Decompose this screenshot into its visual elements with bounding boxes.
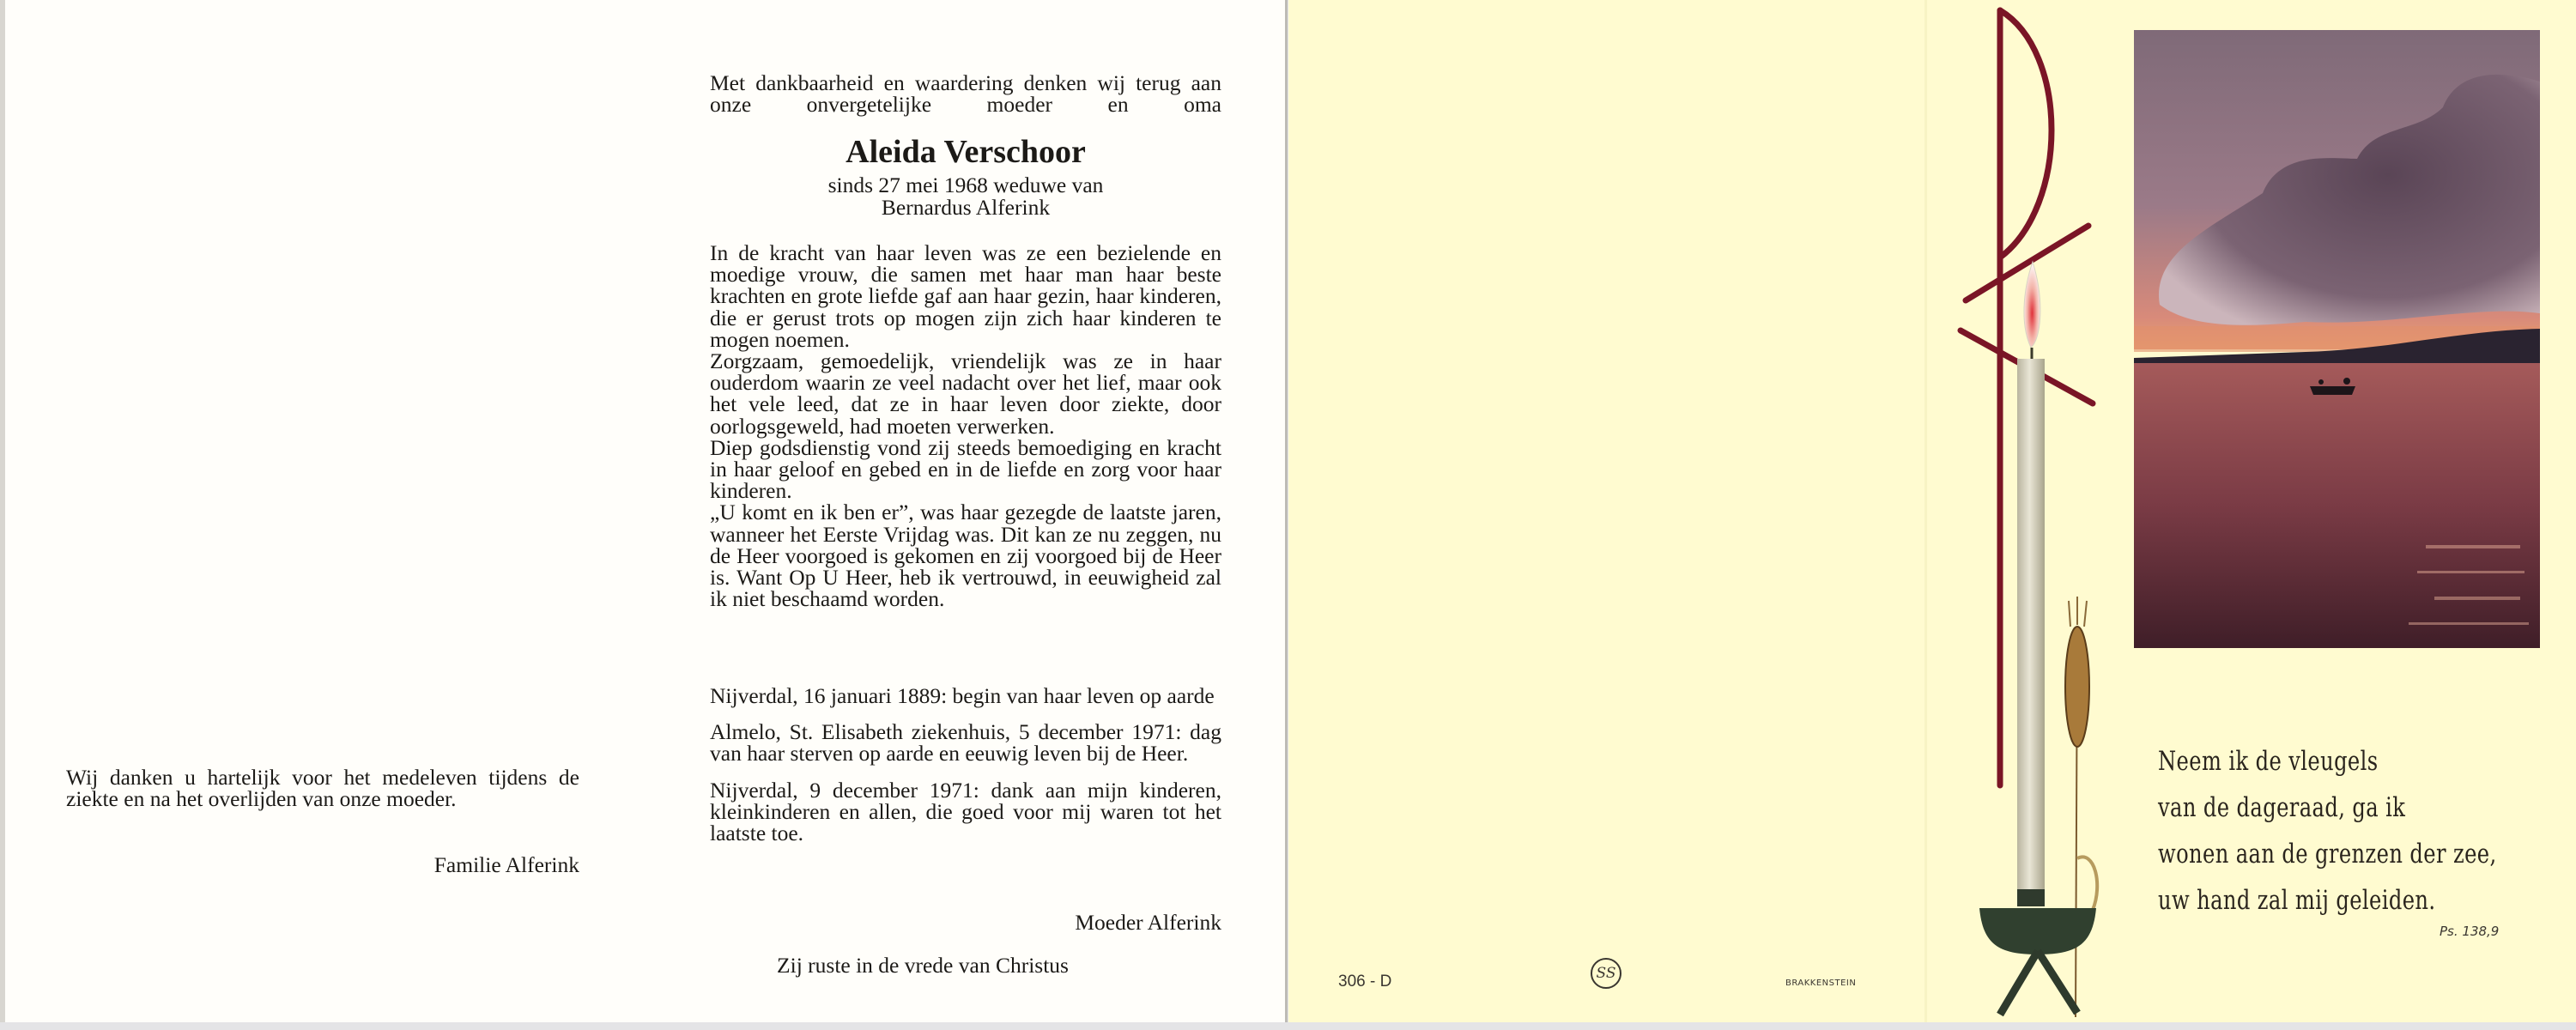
deceased-name: Aleida Verschoor [710,135,1221,169]
memorial-body: In de kracht van haar leven was ze een b… [710,242,1221,609]
body-paragraph: Diep godsdienstig vond zij steeds bemoed… [710,437,1221,502]
intro-paragraph: Met dankbaarheid en waardering denken wi… [710,72,1221,115]
gratitude-date-entry: Nijverdal, 9 december 1971: dank aan mij… [710,779,1221,845]
publisher-logo-icon: SS [1591,958,1621,989]
body-paragraph: Zorgzaam, gemoedelijk, vriendelijk was z… [710,350,1221,437]
death-date-entry: Almelo, St. Elisabeth ziekenhuis, 5 dece… [710,721,1221,764]
spouse-name: Bernardus Alferink [710,197,1221,219]
verse-line: van de dageraad, ga ik [2158,785,2479,831]
verse-line: uw hand zal mij geleiden. [2158,877,2479,924]
verse-line: wonen aan de grenzen der zee, [2158,831,2479,877]
scan-background [0,1022,2576,1030]
closing-blessing: Zij ruste in de vrede van Christus [710,953,1221,978]
subtitle-line: sinds 27 mei 1968 weduwe van [710,174,1221,197]
intro-text: Met dankbaarheid en waardering denken wi… [710,72,1221,115]
card-code: 306 - D [1338,972,1391,991]
thank-you-text: Wij danken u hartelijk voor het medeleve… [66,766,579,809]
publisher-name: Brakkenstein [1785,975,1856,989]
verse-reference: Ps. 138,9 [2440,924,2499,939]
psalm-verse: Neem ik de vleugels van de dageraad, ga … [2158,738,2479,924]
birth-date-entry: Nijverdal, 16 januari 1889: begin van ha… [710,685,1221,706]
widow-subtitle: sinds 27 mei 1968 weduwe van Bernardus A… [710,174,1221,218]
body-paragraph: „U komt en ik ben er”, was haar gezegde … [710,501,1221,609]
mother-signature: Moeder Alferink [710,910,1221,936]
family-signature: Familie Alferink [66,852,579,878]
chi-rho-candle-icon [1949,0,2120,1022]
sunset-lake-photo [2134,30,2540,648]
body-paragraph: In de kracht van haar leven was ze een b… [710,242,1221,350]
verse-line: Neem ik de vleugels [2158,738,2479,785]
card-fold-line [1924,0,1927,1030]
card-edge-divider [1285,0,1288,1030]
thank-you-note: Wij danken u hartelijk voor het medeleve… [66,766,579,809]
life-dates: Nijverdal, 16 januari 1889: begin van ha… [710,685,1221,858]
